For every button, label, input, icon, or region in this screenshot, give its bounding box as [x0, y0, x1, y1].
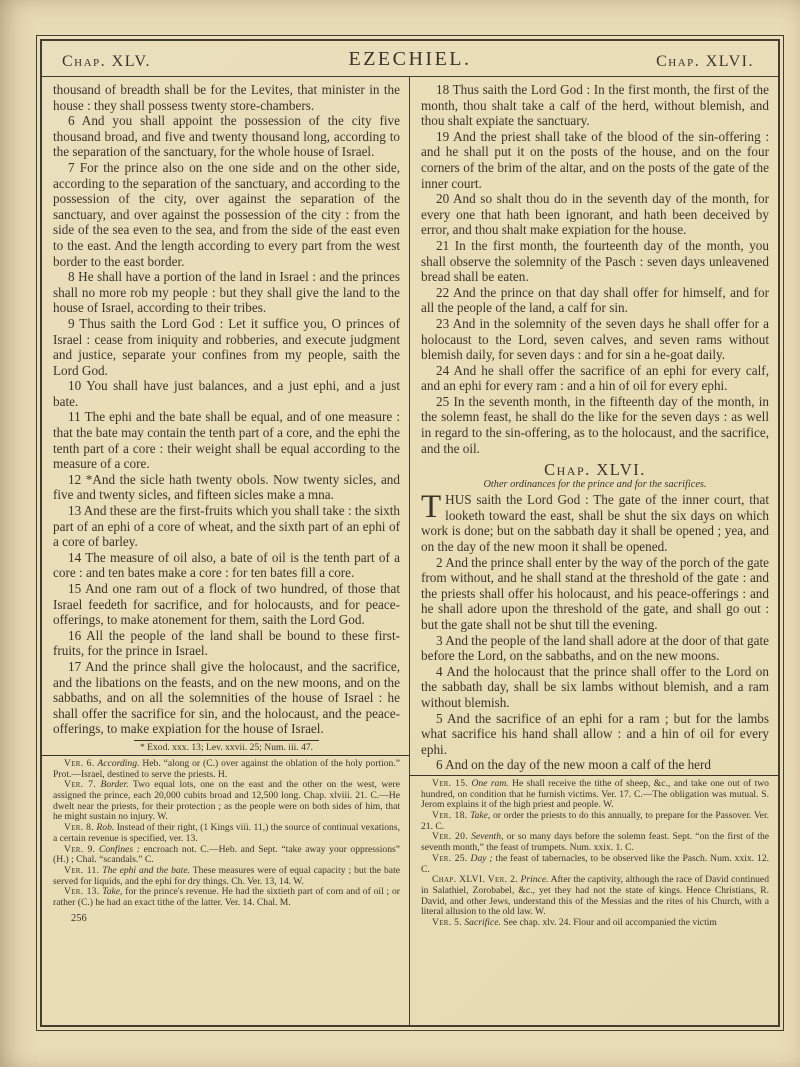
verse-paragraph: 9 Thus saith the Lord God : Let it suffi… — [53, 316, 400, 378]
footnote: Chap. XLVI. Ver. 2. Prince. After the ca… — [421, 875, 769, 918]
text-columns: thousand of breadth shall be for the Lev… — [42, 77, 778, 1025]
footnote-divider — [410, 775, 778, 776]
verse-paragraph: 18 Thus saith the Lord God : In the firs… — [421, 82, 769, 129]
header-left-chapter: Chap. XLV. — [62, 53, 151, 71]
verse-paragraph: 20 And so shalt thou do in the seventh d… — [421, 191, 769, 238]
footnote: Ver. 25. Day ; the feast of tabernacles,… — [421, 854, 769, 875]
left-column: thousand of breadth shall be for the Lev… — [42, 77, 410, 1025]
footnote: Ver. 8. Rob. Instead of their right, (1 … — [53, 823, 400, 844]
verse-paragraph: 2 And the prince shall enter by the way … — [421, 555, 769, 633]
footnote: Ver. 7. Border. Two equal lots, one on t… — [53, 780, 400, 823]
footnote: Ver. 5. Sacrifice. See chap. xlv. 24. Fl… — [421, 918, 769, 929]
chapter-subtitle: Other ordinances for the prince and for … — [421, 479, 769, 491]
verse-paragraph: 16 All the people of the land shall be b… — [53, 628, 400, 659]
footnote: Ver. 20. Seventh, or so many days before… — [421, 832, 769, 853]
verse-paragraph: 24 And he shall offer the sacrifice of a… — [421, 363, 769, 394]
crossref-rule — [134, 740, 319, 741]
chapter-opening-text: HUS saith the Lord God : The gate of the… — [421, 492, 769, 554]
verse-paragraph: 13 And these are the first-fruits which … — [53, 503, 400, 550]
footnote: Ver. 11. The ephi and the bate. These me… — [53, 866, 400, 887]
right-verses-chap45: 18 Thus saith the Lord God : In the firs… — [421, 82, 769, 456]
verse-continuation: thousand of breadth shall be for the Lev… — [53, 82, 400, 113]
left-verses: 6 And you shall appoint the possession o… — [53, 113, 400, 737]
footnote: Ver. 18. Take, or order the priests to d… — [421, 811, 769, 832]
verse-paragraph: 12 *And the sicle hath twenty obols. Now… — [53, 472, 400, 503]
verse-paragraph: 6 And on the day of the new moon a calf … — [421, 757, 769, 773]
verse-paragraph: 8 He shall have a portion of the land in… — [53, 269, 400, 316]
verse-paragraph: 17 And the prince shall give the holocau… — [53, 659, 400, 737]
verse-paragraph: 19 And the priest shall take of the bloo… — [421, 129, 769, 191]
page-header: Chap. XLV. EZECHIEL. Chap. XLVI. — [42, 41, 778, 77]
header-right-chapter: Chap. XLVI. — [656, 53, 754, 71]
footnote: Ver. 15. One ram. He shall receive the t… — [421, 779, 769, 811]
verse-paragraph: 10 You shall have just balances, and a j… — [53, 378, 400, 409]
page-number: 256 — [53, 911, 400, 927]
verse-paragraph: 11 The ephi and the bate shall be equal,… — [53, 409, 400, 471]
verse-paragraph: 22 And the prince on that day shall offe… — [421, 285, 769, 316]
crossref-note: * Exod. xxx. 13; Lev. xxvii. 25; Num. ii… — [53, 742, 400, 753]
footnote: Ver. 13. Take, for the prince's revenue.… — [53, 887, 400, 908]
verse-paragraph: 23 And in the solemnity of the seven day… — [421, 316, 769, 363]
dropcap-letter: T — [421, 492, 445, 520]
verse-paragraph: 3 And the people of the land shall adore… — [421, 633, 769, 664]
verse-paragraph: 25 In the seventh month, in the fifteent… — [421, 394, 769, 456]
verse-paragraph: 15 And one ram out of a flock of two hun… — [53, 581, 400, 628]
verse-paragraph: 4 And the holocaust that the prince shal… — [421, 664, 769, 711]
right-column: 18 Thus saith the Lord God : In the firs… — [410, 77, 778, 1025]
footnote: Ver. 9. Confines : encroach not. C.—Heb.… — [53, 845, 400, 866]
book-title: EZECHIEL. — [348, 48, 471, 71]
verse-paragraph: 21 In the first month, the fourteenth da… — [421, 238, 769, 285]
verse-paragraph: 5 And the sacrifice of an ephi for a ram… — [421, 711, 769, 758]
chapter-heading: Chap. XLVI. — [421, 461, 769, 479]
left-footnotes: Ver. 6. According. Heb. “along or (C.) o… — [53, 759, 400, 909]
verse-paragraph: 6 And you shall appoint the possession o… — [53, 113, 400, 160]
verse-paragraph: 7 For the prince also on the one side an… — [53, 160, 400, 269]
right-footnotes: Ver. 15. One ram. He shall receive the t… — [421, 779, 769, 929]
page-content: Chap. XLV. EZECHIEL. Chap. XLVI. thousan… — [40, 39, 780, 1027]
footnote: Ver. 6. According. Heb. “along or (C.) o… — [53, 759, 400, 780]
footnote-divider — [42, 755, 409, 756]
page-border: Chap. XLV. EZECHIEL. Chap. XLVI. thousan… — [36, 35, 784, 1031]
verse-paragraph: 14 The measure of oil also, a bate of oi… — [53, 550, 400, 581]
chapter-opening-paragraph: THUS saith the Lord God : The gate of th… — [421, 492, 769, 554]
right-verses-chap46: 2 And the prince shall enter by the way … — [421, 555, 769, 773]
